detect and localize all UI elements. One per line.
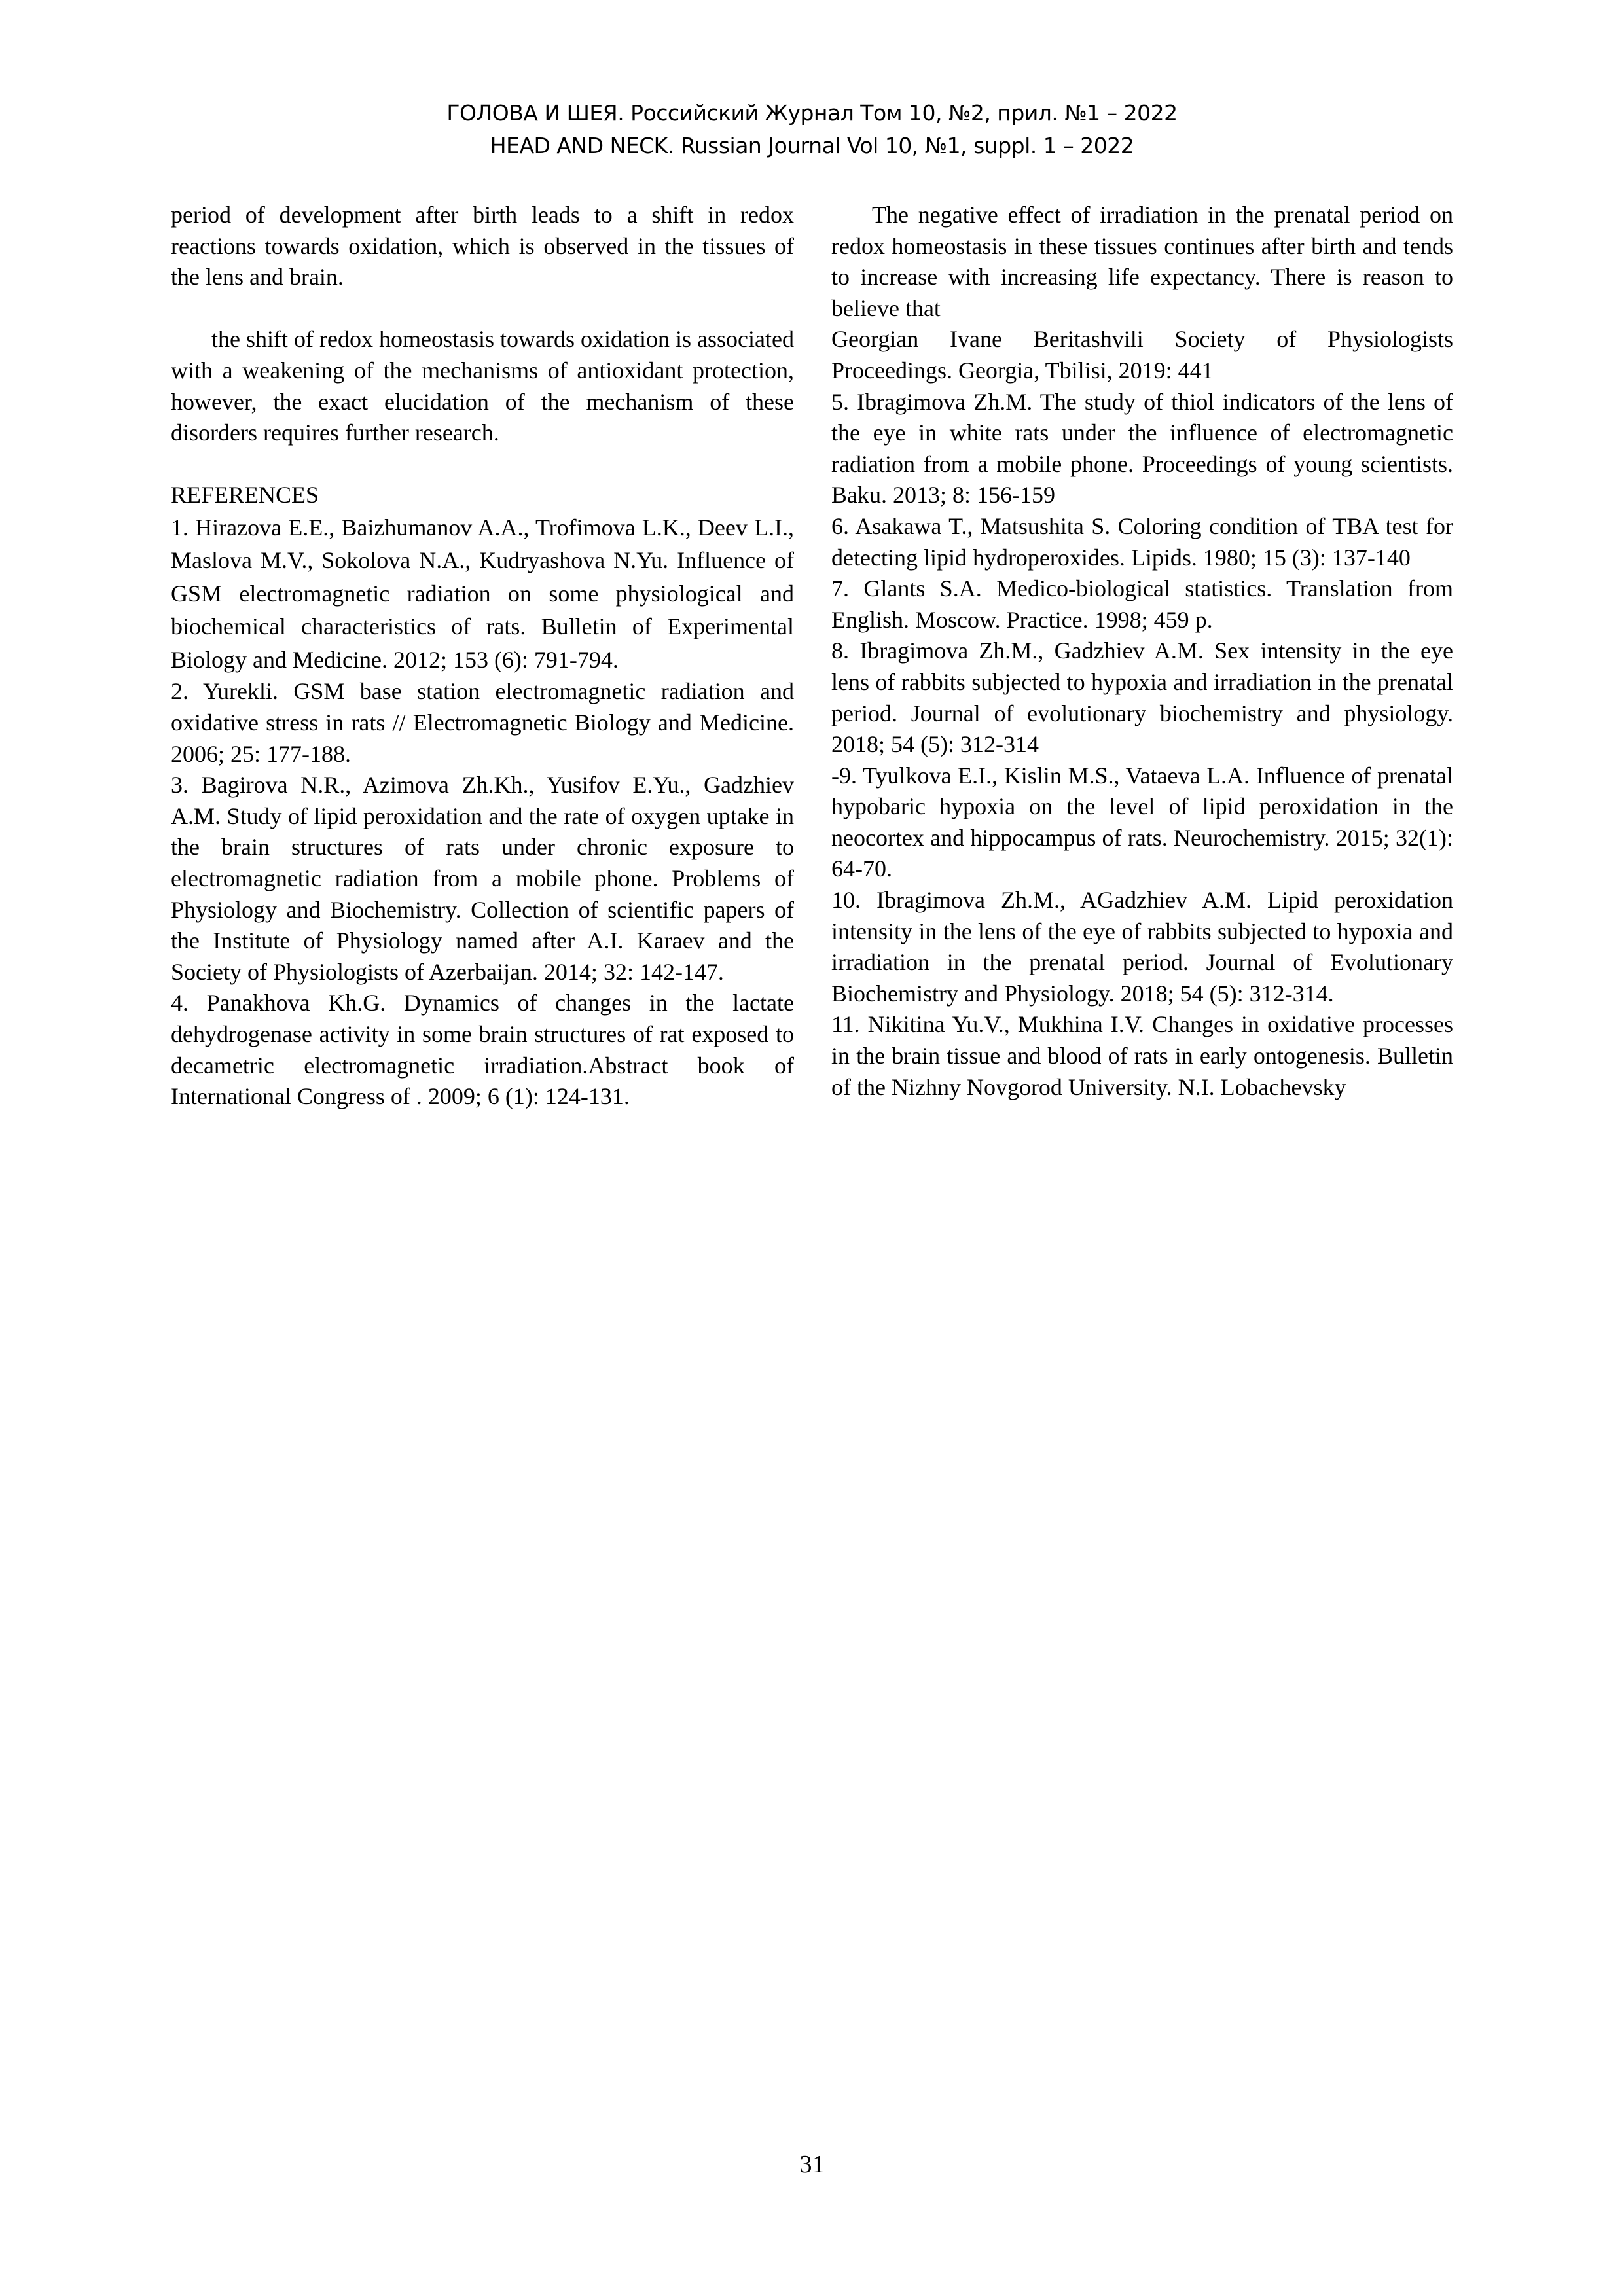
paragraph-spacer (171, 293, 794, 325)
running-header: ГОЛОВА И ШЕЯ. Российский Журнал Том 10, … (0, 97, 1624, 162)
journal-title-en: HEAD AND NECK. Russian Journal Vol 10, №… (0, 130, 1624, 162)
reference-item: 11. Nikitina Yu.V., Mukhina I.V. Changes… (831, 1009, 1453, 1103)
reference-list-right: 5. Ibragimova Zh.M. The study of thiol i… (831, 387, 1453, 1103)
reference-item: 1. Hirazova E.E., Baizhumanov A.A., Trof… (171, 511, 794, 677)
right-column: The negative effect of irradiation in th… (831, 200, 1453, 1103)
page-number: 31 (0, 2148, 1624, 2181)
reference-item: 4. Panakhova Kh.G. Dynamics of changes i… (171, 988, 794, 1112)
journal-title-ru: ГОЛОВА И ШЕЯ. Российский Журнал Том 10, … (0, 97, 1624, 130)
body-paragraph: The negative effect of irradiation in th… (831, 200, 1453, 324)
reference-list-left: 1. Hirazova E.E., Baizhumanov A.A., Trof… (171, 511, 794, 1113)
reference-item: 10. Ibragimova Zh.M., AGadzhiev A.M. Lip… (831, 885, 1453, 1009)
body-paragraph: the shift of redox homeostasis towards o… (171, 324, 794, 448)
reference-item: 7. Glants S.A. Medico-biological statist… (831, 573, 1453, 636)
reference-item: -9. Tyulkova E.I., Kislin M.S., Vataeva … (831, 761, 1453, 885)
reference-item: 3. Bagirova N.R., Azimova Zh.Kh., Yusifo… (171, 770, 794, 988)
reference-item: 2. Yurekli. GSM base station electromagn… (171, 676, 794, 770)
left-column: period of development after birth leads … (171, 200, 794, 1113)
references-heading: REFERENCES (171, 480, 794, 511)
body-paragraph: period of development after birth leads … (171, 200, 794, 293)
reference-item: 6. Asakawa T., Matsushita S. Coloring co… (831, 511, 1453, 573)
reference-item: 8. Ibragimova Zh.M., Gadzhiev A.M. Sex i… (831, 636, 1453, 760)
reference-item: 5. Ibragimova Zh.M. The study of thiol i… (831, 387, 1453, 511)
reference-continuation: Georgian Ivane Beritashvili Society of P… (831, 324, 1453, 386)
paragraph-spacer (171, 449, 794, 480)
